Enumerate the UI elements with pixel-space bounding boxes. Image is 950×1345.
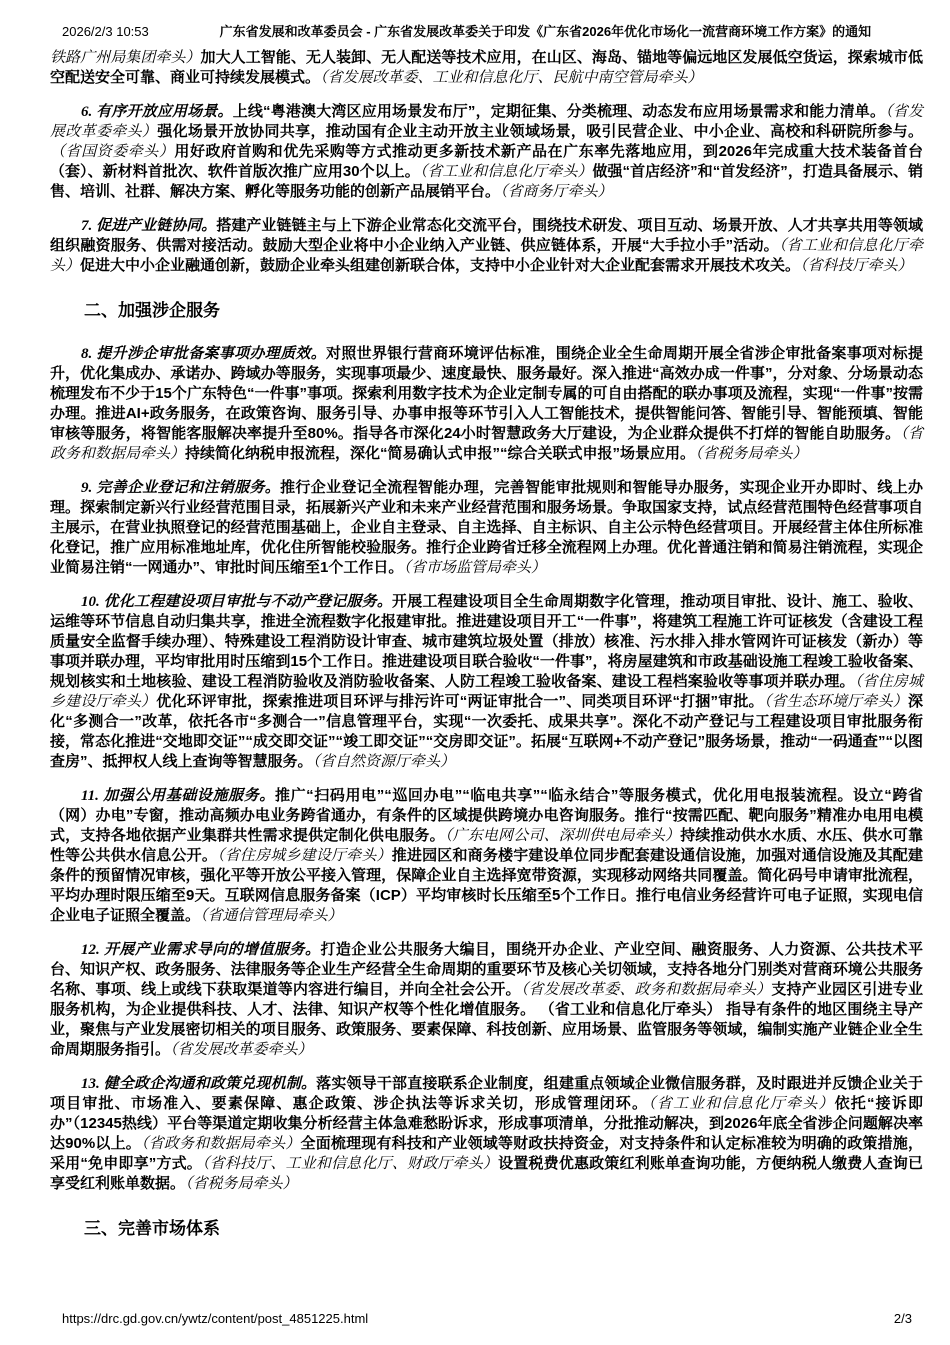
- paragraph: 8. 提升涉企审批备案事项办理质效。对照世界银行营商环境评估标准，围绕企业全生命…: [50, 344, 923, 464]
- paragraph: 11. 加强公用基础设施服务。推广“扫码用电”“巡回办电”“临电共享”“临永结合…: [50, 786, 923, 926]
- paragraph-text: 上线“粤港澳大湾区应用场景发布厅”，定期征集、分类梳理、动态发布应用场景需求和能…: [233, 103, 885, 120]
- paragraph-text: 强化场景开放协同共享，推动国有企业主动开放主业领域场景，吸引民营企业、中小企业、…: [157, 123, 923, 140]
- paragraph: 铁路广州局集团牵头）加大人工智能、无人装卸、无人配送等技术应用，在山区、海岛、锚…: [50, 48, 923, 88]
- paragraph-lead: 12. 开展产业需求导向的增值服务。: [81, 942, 320, 958]
- agency-attribution: 铁路广州局集团牵头）: [50, 50, 201, 66]
- agency-attribution: （省住房城乡建设厅牵头）: [217, 848, 392, 864]
- print-footer: https://drc.gd.gov.cn/ywtz/content/post_…: [62, 1311, 912, 1327]
- agency-attribution: （省发展改革委、政务和数据局牵头）: [521, 982, 772, 998]
- paragraph: 12. 开展产业需求导向的增值服务。打造企业公共服务大编目，围绕开办企业、产业空…: [50, 940, 923, 1060]
- section-heading: 三、完善市场体系: [84, 1218, 923, 1240]
- printed-document-page: 2026/2/3 10:53 广东省发展和改革委员会 - 广东省发展改革委关于印…: [0, 0, 950, 1345]
- paragraph-text: 优化环评审批，探索推进项目环评与排污许可“两证审批合一”、同类项目环评“打捆”审…: [156, 693, 763, 710]
- paragraph: 13. 健全政企沟通和政策兑现机制。落实领导干部直接联系企业制度，组建重点领域企…: [50, 1074, 923, 1194]
- agency-attribution: （省生态环境厅牵头）: [764, 694, 908, 710]
- agency-attribution: （省工业和信息化厅牵头）: [648, 1096, 835, 1112]
- agency-attribution: （省商务厅牵头）: [500, 184, 613, 200]
- agency-attribution: （省发展改革委、工业和信息化厅、民航中南空管局牵头）: [320, 70, 703, 86]
- section-heading: 二、加强涉企服务: [84, 300, 923, 322]
- paragraph-lead: 11. 加强公用基础设施服务。: [81, 788, 275, 804]
- paragraph-text: 持续简化纳税申报流程，深化“简易确认式申报”“综合关联式申报”场景应用。: [185, 445, 695, 462]
- print-datetime: 2026/2/3 10:53: [62, 24, 149, 40]
- document-title: 广东省发展和改革委员会 - 广东省发展改革委关于印发《广东省2026年优化市场化…: [149, 24, 912, 40]
- paragraph-lead: 8. 提升涉企审批备案事项办理质效。: [81, 346, 326, 362]
- agency-attribution: （省工业和信息化厅牵头）: [420, 164, 593, 180]
- agency-attribution: （省税务局牵头）: [695, 446, 808, 462]
- agency-attribution: （省税务局牵头）: [185, 1176, 298, 1192]
- agency-attribution: （省通信管理局牵头）: [200, 908, 343, 924]
- paragraph-lead: 7. 促进产业链协同。: [81, 218, 216, 234]
- source-url: https://drc.gd.gov.cn/ywtz/content/post_…: [62, 1311, 368, 1327]
- paragraph-lead: 9. 完善企业登记和注销服务。: [81, 480, 280, 496]
- agency-attribution: （省发展改革委牵头）: [170, 1042, 313, 1058]
- paragraph: 6. 有序开放应用场景。上线“粤港澳大湾区应用场景发布厅”，定期征集、分类梳理、…: [50, 102, 923, 202]
- print-header: 2026/2/3 10:53 广东省发展和改革委员会 - 广东省发展改革委关于印…: [62, 24, 912, 40]
- paragraph: 7. 促进产业链协同。搭建产业链链主与上下游企业常态化交流平台，围绕技术研发、项…: [50, 216, 923, 276]
- agency-attribution: （省科技厅牵头）: [800, 258, 913, 274]
- agency-attribution: （省自然资源厅牵头）: [313, 754, 456, 770]
- paragraph-text: 促进大中小企业融通创新，鼓励企业牵头组建创新联合体，支持中小企业针对大企业配套需…: [80, 257, 800, 274]
- agency-attribution: （省科技厅、工业和信息化厅、财政厅牵头）: [202, 1156, 498, 1172]
- paragraph-lead: 6. 有序开放应用场景。: [81, 104, 233, 120]
- agency-attribution: （广东电网公司、深圳供电局牵头）: [445, 828, 680, 844]
- agency-attribution: （省政务和数据局牵头）: [141, 1136, 301, 1152]
- page-number: 2/3: [894, 1311, 912, 1327]
- paragraph: 9. 完善企业登记和注销服务。推行企业登记全流程智能办理，完善智能审批规则和智能…: [50, 478, 923, 578]
- paragraph: 10. 优化工程建设项目审批与不动产登记服务。开展工程建设项目全生命周期数字化管…: [50, 592, 923, 772]
- paragraph-lead: 10. 优化工程建设项目审批与不动产登记服务。: [81, 594, 392, 610]
- agency-attribution: （省市场监管局牵头）: [403, 560, 546, 576]
- agency-attribution: （省国资委牵头）: [50, 144, 174, 160]
- document-body: 铁路广州局集团牵头）加大人工智能、无人装卸、无人配送等技术应用，在山区、海岛、锚…: [50, 48, 923, 1262]
- paragraph-lead: 13. 健全政企沟通和政策兑现机制。: [81, 1076, 316, 1092]
